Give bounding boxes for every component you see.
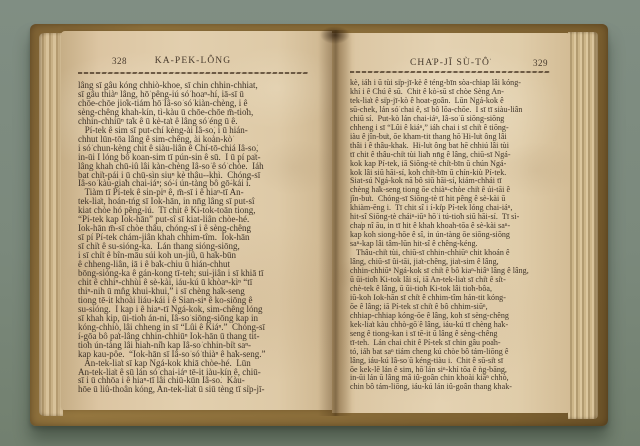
left-page-content: 328 KA-PEK-LÔNG lâng sī gâu kóng chhiò-k…	[61, 31, 332, 410]
page-stack-edges-left	[39, 33, 63, 416]
left-header-rule	[78, 72, 308, 74]
left-page-number: 328	[112, 56, 127, 66]
photo-background: 328 KA-PEK-LÔNG lâng sī gâu kóng chhiò-k…	[0, 0, 640, 446]
left-page-body-text: lâng sī gâu kóng chhiò-khoe, sī chin chh…	[78, 81, 316, 394]
right-running-title: CHA̍P-JĪ SÙ-TÔ͘	[350, 58, 550, 68]
right-page-header: CHA̍P-JĪ SÙ-TÔ͘ 329	[350, 58, 550, 70]
page-stack-edges-right	[568, 32, 598, 419]
left-page-header: 328 KA-PEK-LÔNG	[78, 56, 308, 68]
right-page-content: CHA̍P-JĪ SÙ-TÔ͘ 329 kè, iáh i ū tùi si̍p…	[332, 33, 570, 413]
left-page: 328 KA-PEK-LÔNG lâng sī gâu kóng chhiò-k…	[61, 31, 332, 410]
open-book: 328 KA-PEK-LÔNG lâng sī gâu kóng chhiò-k…	[30, 24, 608, 426]
right-page: CHA̍P-JĪ SÙ-TÔ͘ 329 kè, iáh i ū tùi si̍p…	[332, 33, 570, 413]
right-header-rule	[350, 71, 550, 73]
right-page-body-text: kè, iáh i ū tùi si̍p-jī-kè ê téng-bīn sò…	[350, 79, 552, 392]
right-page-number: 329	[533, 58, 548, 68]
